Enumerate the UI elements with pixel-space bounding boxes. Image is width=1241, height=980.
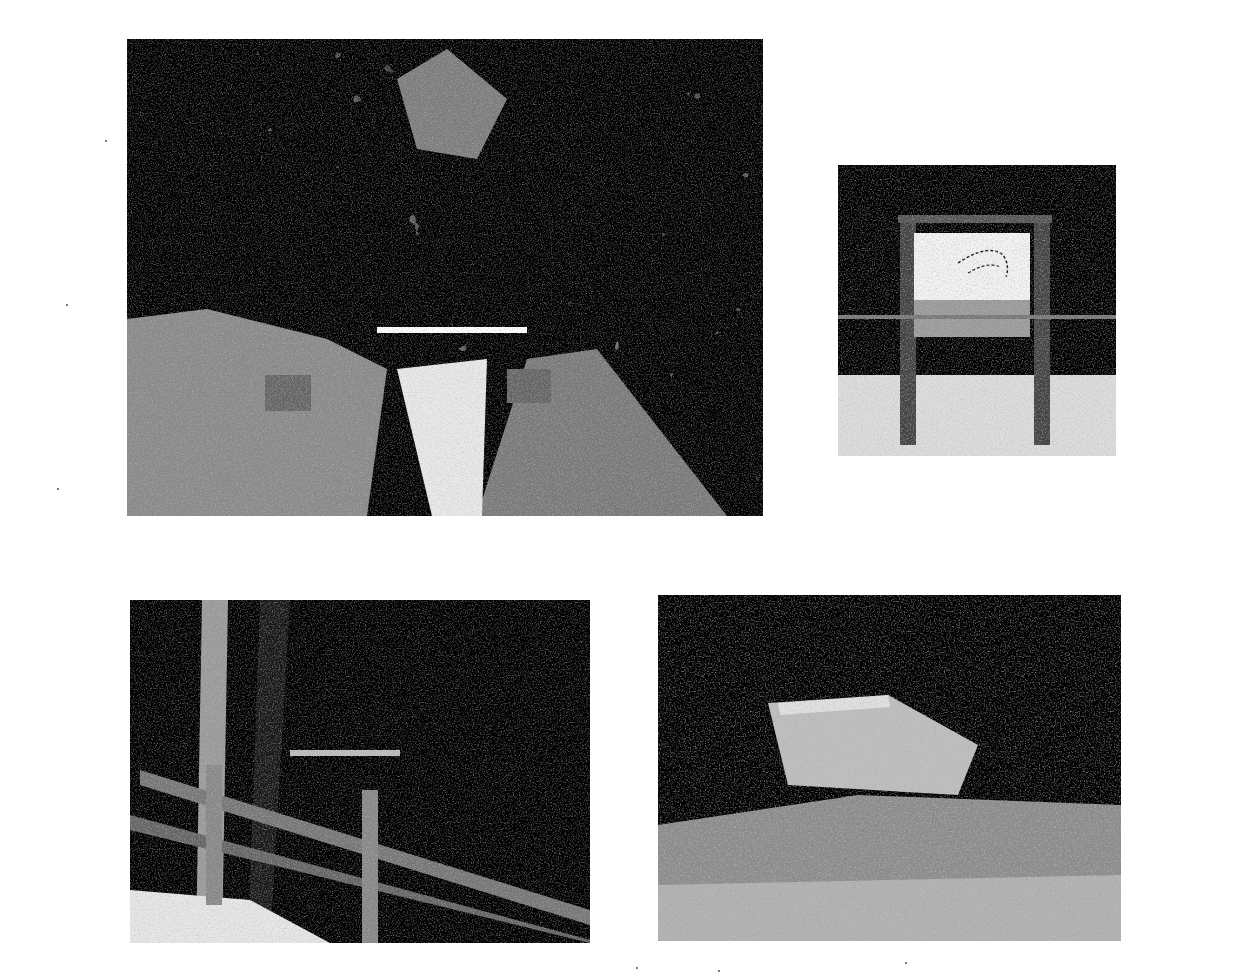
photo-wooden-fence: Wooden rail fence beside trees and folia… — [130, 600, 590, 943]
scan-speck — [66, 304, 68, 306]
embankment-scene-image — [658, 595, 1121, 941]
fence-scene-image — [130, 600, 590, 943]
scan-speck — [105, 140, 107, 142]
photo-overgrown-embankment: Overgrown embankment with low concrete w… — [658, 595, 1121, 941]
scan-speck — [636, 967, 638, 969]
scan-speck — [905, 962, 907, 964]
photo-info-signboard: Wooden-post information signboard with m… — [838, 165, 1116, 456]
photo-stream-footbridge: Wooded stream with small footbridge and … — [127, 39, 763, 516]
scan-speck — [718, 970, 720, 972]
signboard-scene-image — [838, 165, 1116, 456]
scan-speck — [57, 488, 59, 490]
stream-scene-image — [127, 39, 763, 516]
